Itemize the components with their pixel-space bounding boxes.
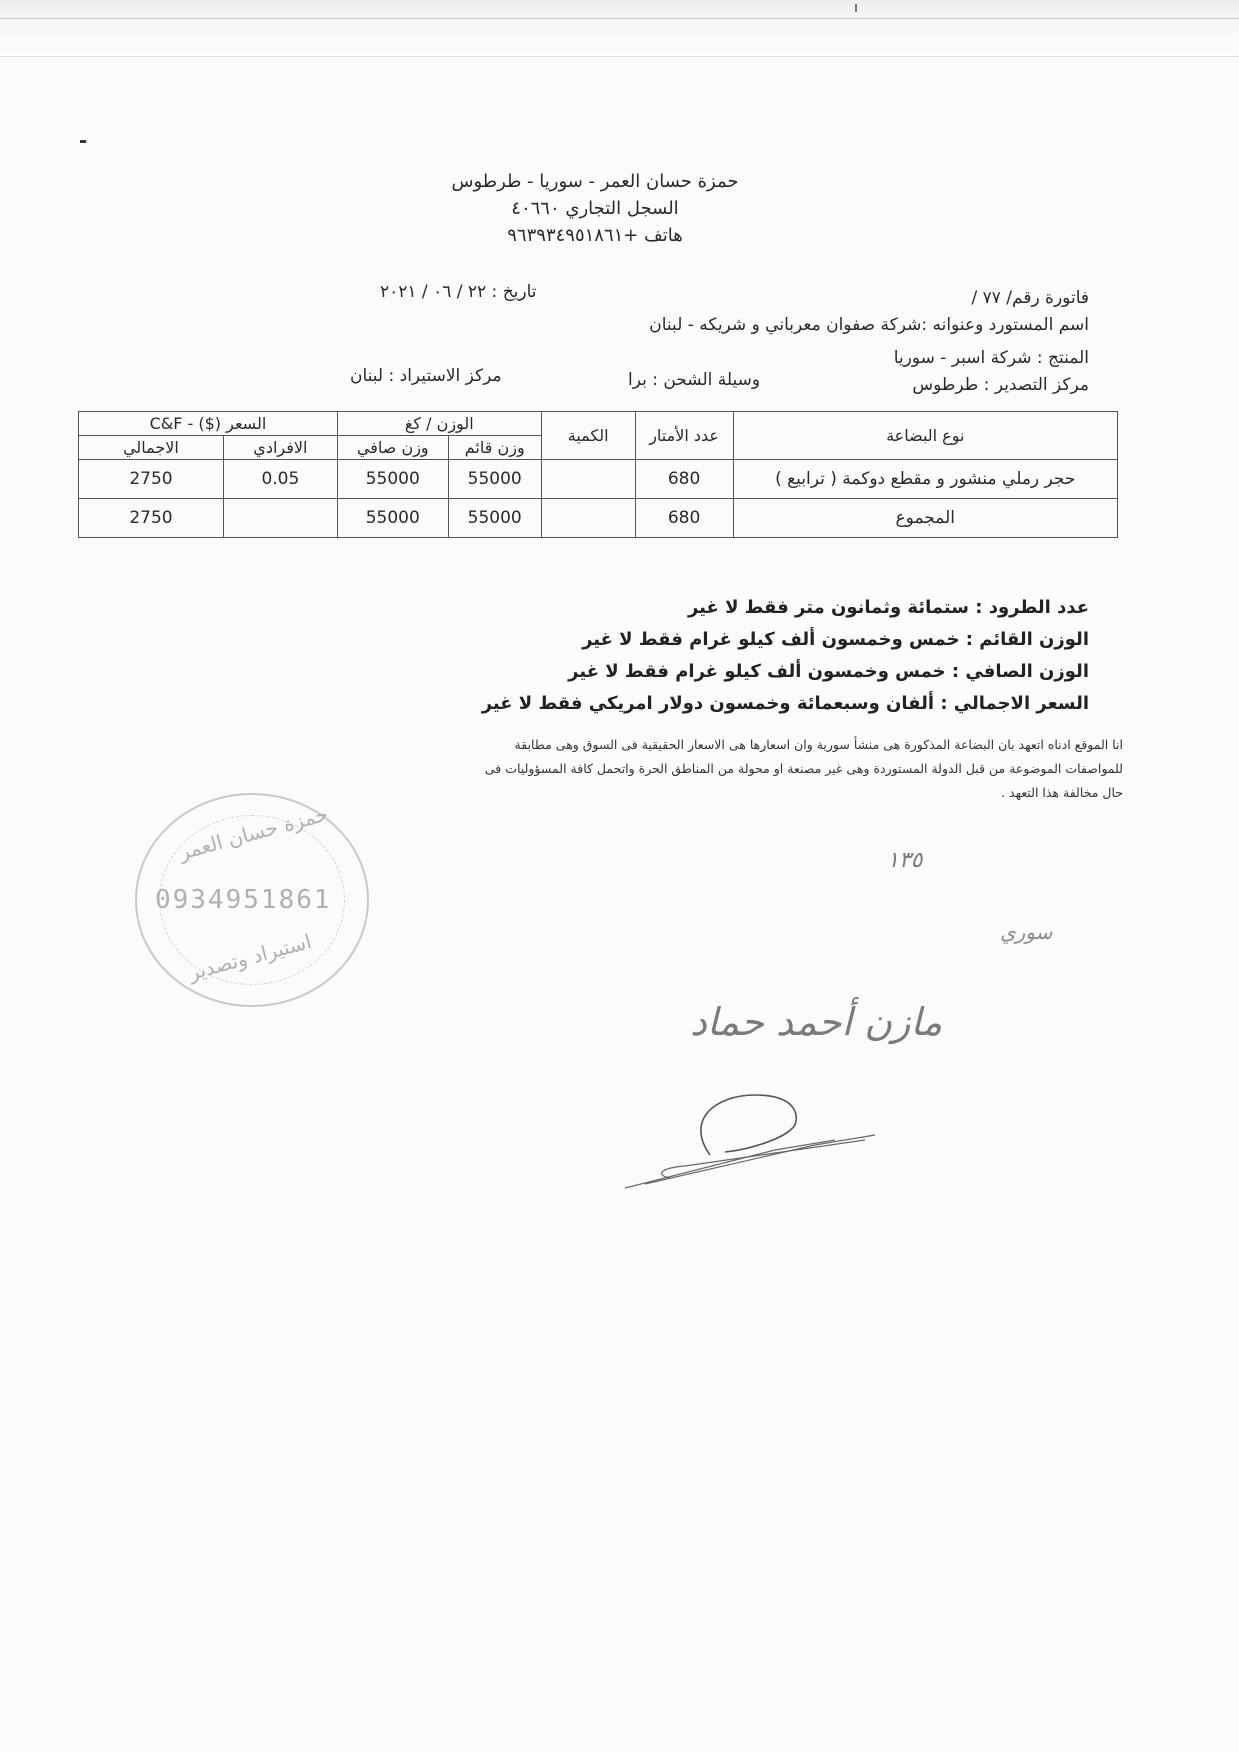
cell-goods-type: المجموع — [733, 499, 1117, 538]
handwritten-number: ١٣٥ — [887, 848, 922, 873]
header-goods-type: نوع البضاعة — [733, 412, 1117, 460]
header-weight-group: الوزن / كغ — [337, 412, 541, 436]
cell-unit-price — [223, 499, 337, 538]
handwritten-mark: سوري — [1000, 920, 1052, 944]
letterhead: حمزة حسان العمر - سوريا - طرطوس السجل ال… — [430, 168, 760, 249]
pledge-line: للمواصفات الموضوعة من قبل الدولة المستور… — [305, 757, 1123, 781]
header-net-weight: وزن صافي — [337, 436, 448, 460]
cell-goods-type: حجر رملي منشور و مقطع دوكمة ( ترابيع ) — [733, 460, 1117, 499]
header-quantity: الكمية — [541, 412, 635, 460]
pledge-statement: انا الموقع ادناه اتعهد بان البضاعة المذك… — [305, 733, 1123, 805]
scan-artifact-tick — [855, 4, 857, 12]
scan-edge — [0, 0, 1239, 54]
totals-in-words: عدد الطرود : ستمائة وثمانون متر فقط لا غ… — [482, 592, 1089, 720]
cell-quantity — [541, 460, 635, 499]
header-meters: عدد الأمتار — [635, 412, 733, 460]
header-gross-weight: وزن قائم — [448, 436, 541, 460]
company-stamp: حمزة حسان العمر 0934951861 استيراد وتصدي… — [135, 793, 369, 1007]
table-total-row: المجموع 680 55000 55000 2750 — [79, 499, 1118, 538]
net-weight-in-words: الوزن الصافي : خمس وخمسون ألف كيلو غرام … — [482, 656, 1089, 688]
company-line: حمزة حسان العمر - سوريا - طرطوس — [430, 168, 760, 195]
signature-icon — [615, 1080, 895, 1190]
producer-line: المنتج : شركة اسبر - سوريا — [894, 348, 1089, 368]
cell-gross-weight: 55000 — [448, 499, 541, 538]
cell-total-price: 2750 — [79, 499, 224, 538]
packages-in-words: عدد الطرود : ستمائة وثمانون متر فقط لا غ… — [482, 592, 1089, 624]
header-unit-price: الافرادي — [223, 436, 337, 460]
invoice-number: فاتورة رقم/ ٧٧ / — [971, 288, 1089, 308]
stamp-phone: 0934951861 — [155, 885, 332, 915]
scan-artifact-dot — [80, 140, 86, 143]
pledge-line: حال مخالفة هذا التعهد . — [305, 781, 1123, 805]
scan-artifact-line — [0, 18, 1239, 19]
gross-weight-in-words: الوزن القائم : خمس وخمسون ألف كيلو غرام … — [482, 624, 1089, 656]
goods-table: نوع البضاعة عدد الأمتار الكمية الوزن / ك… — [78, 411, 1118, 538]
cell-net-weight: 55000 — [337, 460, 448, 499]
cell-meters: 680 — [635, 460, 733, 499]
shipping-method-line: وسيلة الشحن : برا — [628, 370, 760, 390]
table-header-row: نوع البضاعة عدد الأمتار الكمية الوزن / ك… — [79, 412, 1118, 436]
phone-line: هاتف ‎+٩٦٣٩٣٤٩٥١٨٦١ — [430, 222, 760, 249]
import-center-line: مركز الاستيراد : لبنان — [350, 366, 502, 386]
header-price-group: السعر ($) - C&F — [79, 412, 338, 436]
invoice-date: تاريخ : ٢٢ / ٠٦ / ٢٠٢١ — [380, 282, 537, 302]
importer-line: اسم المستورد وعنوانه :شركة صفوان معرباني… — [649, 315, 1089, 335]
cell-unit-price: 0.05 — [223, 460, 337, 499]
scan-artifact-line — [0, 56, 1239, 57]
table-row: حجر رملي منشور و مقطع دوكمة ( ترابيع ) 6… — [79, 460, 1118, 499]
pledge-line: انا الموقع ادناه اتعهد بان البضاعة المذك… — [305, 733, 1123, 757]
cell-total-price: 2750 — [79, 460, 224, 499]
registry-line: السجل التجاري ٤٠٦٦٠ — [430, 195, 760, 222]
total-price-in-words: السعر الاجمالي : ألفان وسبعمائة وخمسون د… — [482, 688, 1089, 720]
handwritten-name: مازن أحمد حماد — [690, 1000, 942, 1044]
export-center-line: مركز التصدير : طرطوس — [912, 375, 1089, 395]
cell-meters: 680 — [635, 499, 733, 538]
cell-quantity — [541, 499, 635, 538]
header-total-price: الاجمالي — [79, 436, 224, 460]
cell-gross-weight: 55000 — [448, 460, 541, 499]
cell-net-weight: 55000 — [337, 499, 448, 538]
